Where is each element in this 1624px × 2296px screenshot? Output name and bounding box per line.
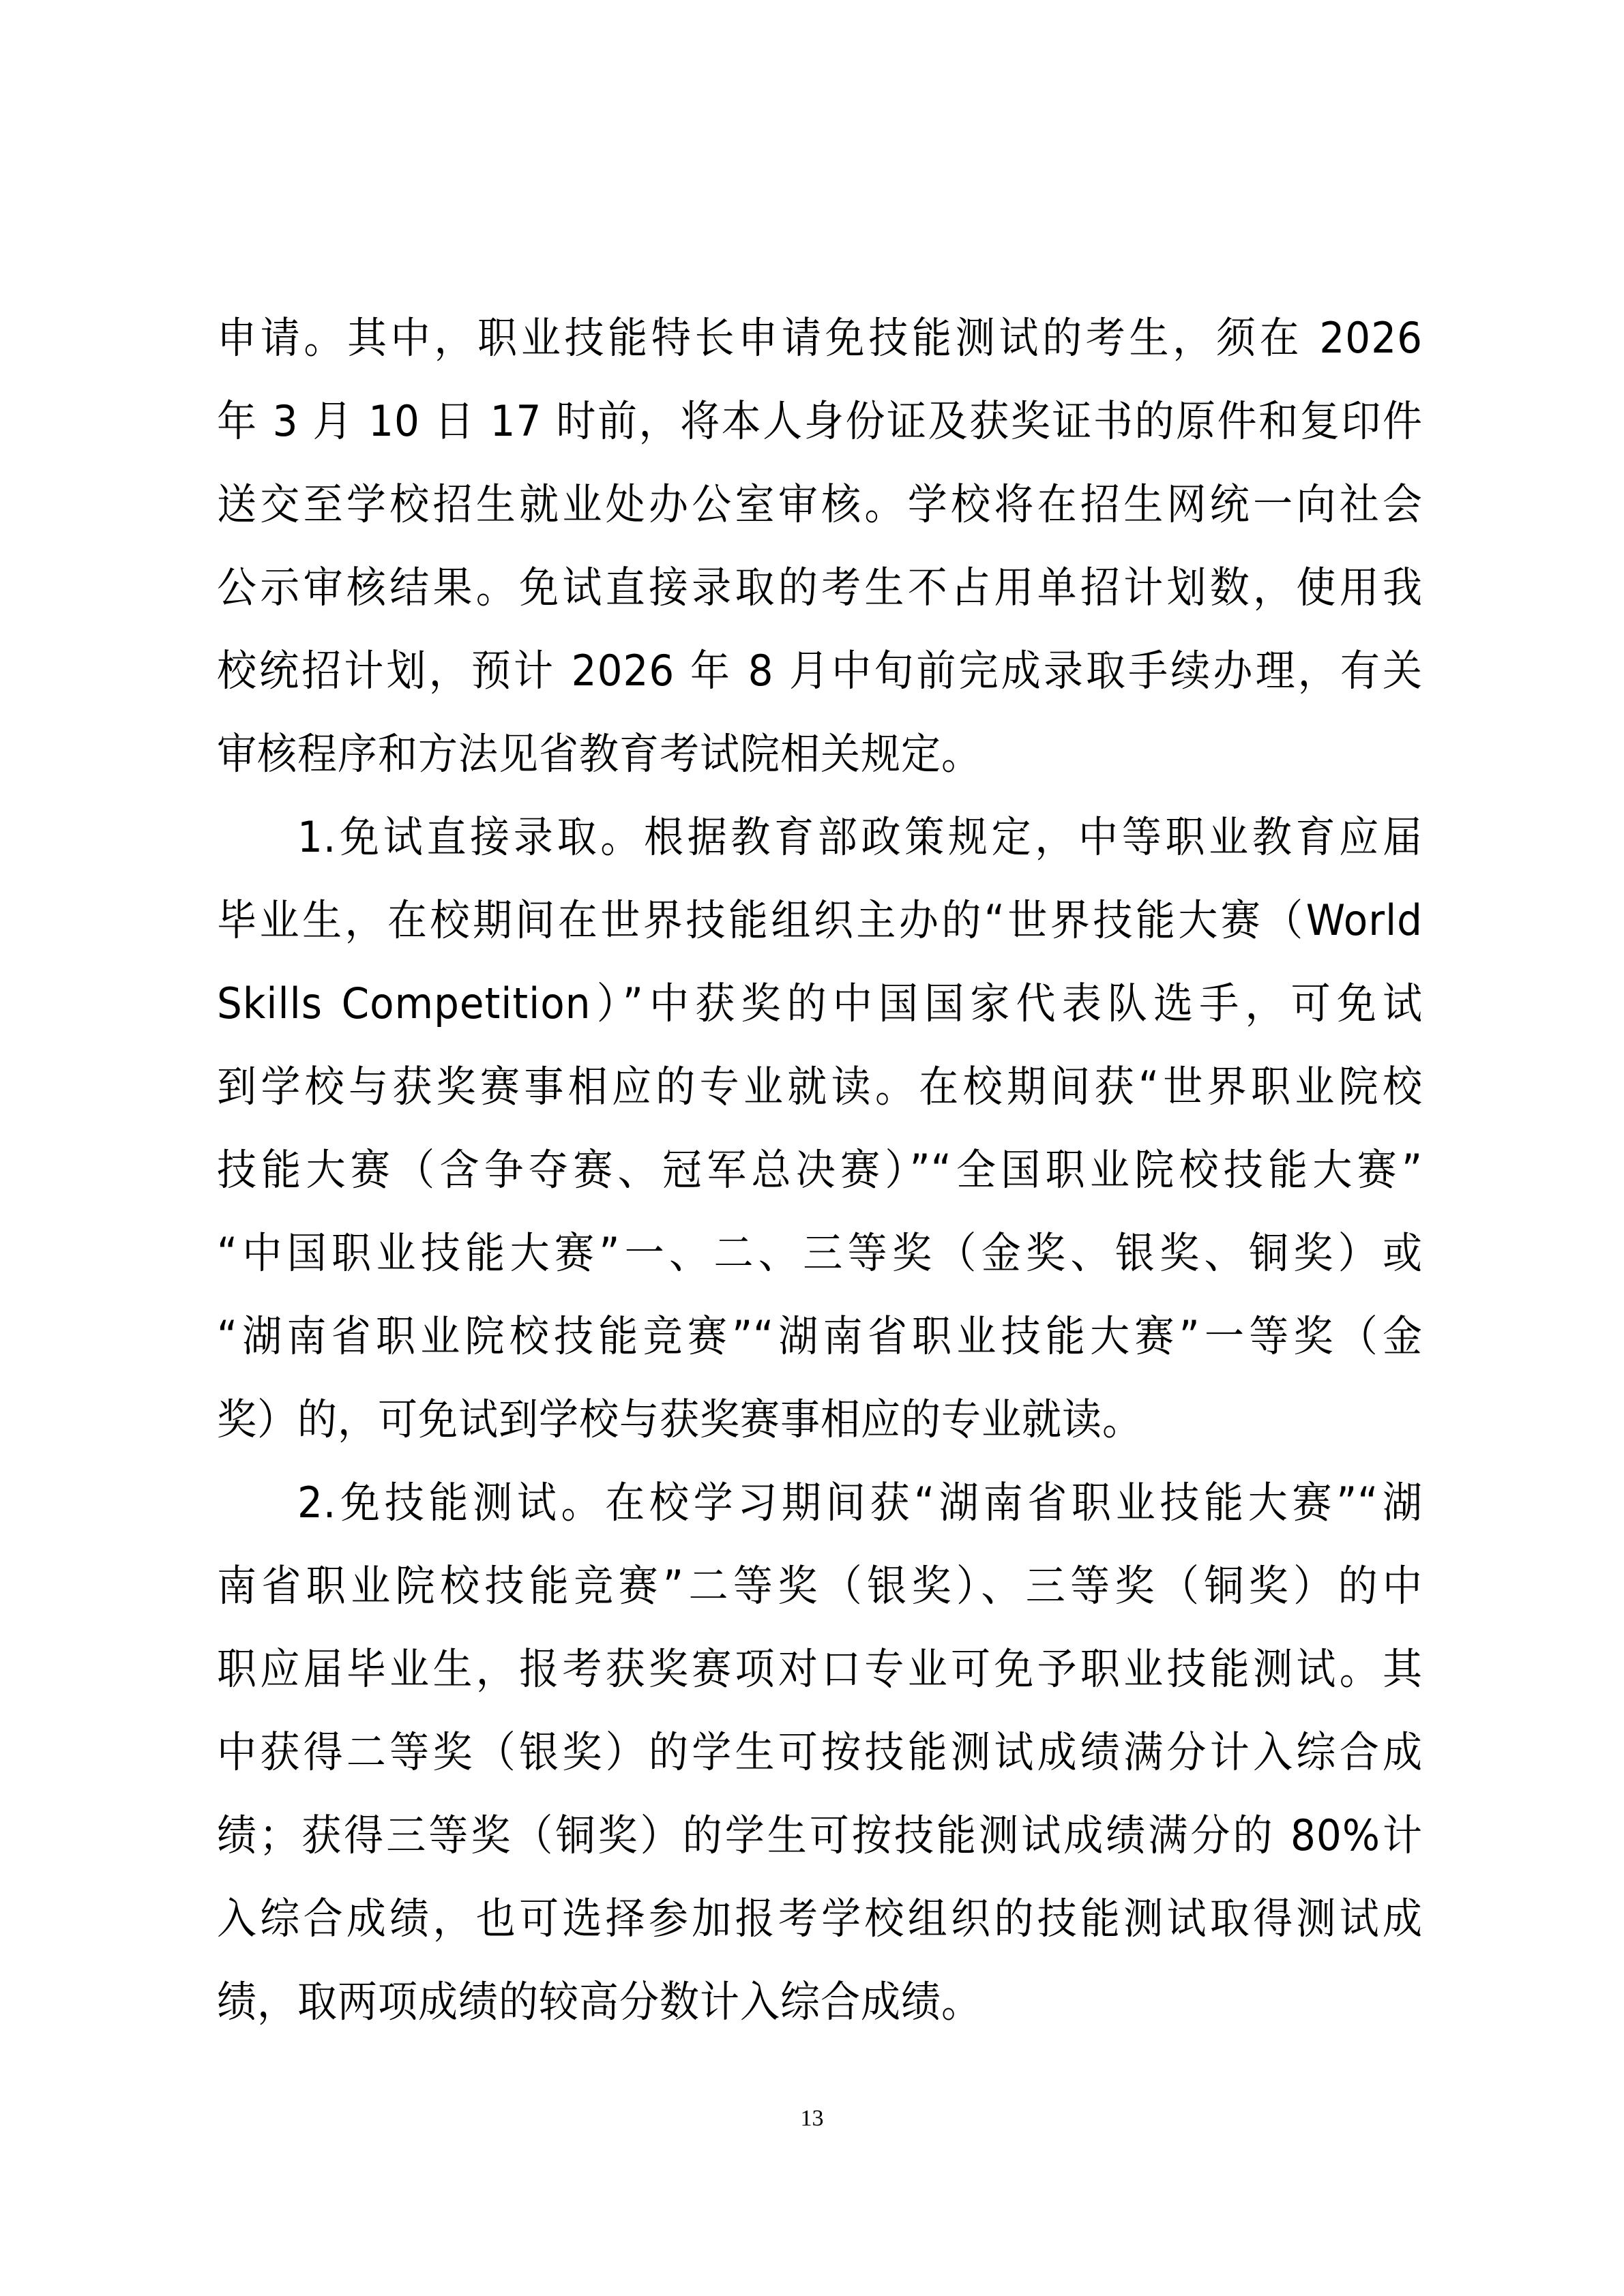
document-page: 申请。其中，职业技能特长申请免技能测试的考生，须在 2026 年 3 月 10 … <box>0 0 1624 2296</box>
text-line: 入综合成绩，也可选择参加报考学校组织的技能测试取得测试成 <box>217 1889 1423 1979</box>
body-text: 申请。其中，职业技能特长申请免技能测试的考生，须在 2026 年 3 月 10 … <box>217 308 1423 2055</box>
paragraph-continuation: 申请。其中，职业技能特长申请免技能测试的考生，须在 2026 年 3 月 10 … <box>217 308 1423 807</box>
text-line: 公示审核结果。免试直接录取的考生不占用单招计划数，使用我 <box>217 558 1423 648</box>
page-number: 13 <box>0 2106 1624 2132</box>
text-line: 绩，取两项成绩的较高分数计入综合成绩。 <box>217 1972 1423 2062</box>
text-line: 绩；获得三等奖（铜奖）的学生可按技能测试成绩满分的 80%计 <box>217 1806 1423 1896</box>
text-line: 到学校与获奖赛事相应的专业就读。在校期间获“世界职业院校 <box>217 1057 1423 1147</box>
text-line: 技能大赛（含争夺赛、冠军总决赛）”“全国职业院校技能大赛” <box>217 1140 1423 1230</box>
text-line: 奖）的，可免试到学校与获奖赛事相应的专业就读。 <box>217 1390 1423 1480</box>
text-line: 年 3 月 10 日 17 时前，将本人身份证及获奖证书的原件和复印件 <box>217 391 1423 481</box>
text-line: 校统招计划，预计 2026 年 8 月中旬前完成录取手续办理，有关 <box>217 641 1423 731</box>
text-line: 2.免技能测试。在校学习期间获“湖南省职业技能大赛”“湖 <box>217 1473 1423 1563</box>
text-line: 南省职业院校技能竞赛”二等奖（银奖）、三等奖（铜奖）的中 <box>217 1556 1423 1646</box>
text-line: 职应届毕业生，报考获奖赛项对口专业可免予职业技能测试。其 <box>217 1639 1423 1729</box>
text-line: 毕业生，在校期间在世界技能组织主办的“世界技能大赛（World <box>217 891 1423 981</box>
paragraph-skill-test-exemption: 2.免技能测试。在校学习期间获“湖南省职业技能大赛”“湖 南省职业院校技能竞赛”… <box>217 1473 1423 2055</box>
text-line: “中国职业技能大赛”一、二、三等奖（金奖、银奖、铜奖）或 <box>217 1223 1423 1313</box>
text-line: 审核程序和方法见省教育考试院相关规定。 <box>217 724 1423 814</box>
text-line: Skills Competition）”中获奖的中国国家代表队选手，可免试 <box>217 974 1423 1064</box>
text-line: 中获得二等奖（银奖）的学生可按技能测试成绩满分计入综合成 <box>217 1723 1423 1813</box>
text-line: 1.免试直接录取。根据教育部政策规定，中等职业教育应届 <box>217 807 1423 897</box>
paragraph-exam-free-admission: 1.免试直接录取。根据教育部政策规定，中等职业教育应届 毕业生，在校期间在世界技… <box>217 807 1423 1473</box>
text-line: 送交至学校招生就业处办公室审核。学校将在招生网统一向社会 <box>217 475 1423 565</box>
text-line: “湖南省职业院校技能竞赛”“湖南省职业技能大赛”一等奖（金 <box>217 1307 1423 1397</box>
text-line: 申请。其中，职业技能特长申请免技能测试的考生，须在 2026 <box>217 308 1423 398</box>
